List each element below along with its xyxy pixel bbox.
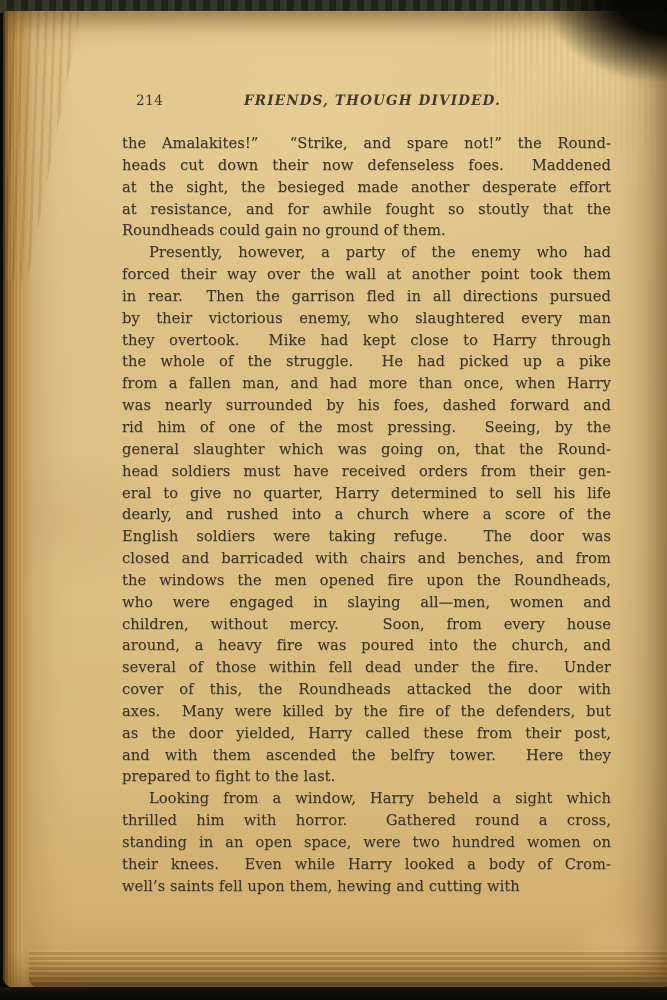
text-line: their knees. Even while Harry looked a b… <box>122 854 611 876</box>
text-line: head soldiers must have received orders … <box>122 461 611 483</box>
text-line: standing in an open space, were two hund… <box>122 832 611 854</box>
paragraph: the Amalakites!” “Strike, and spare not!… <box>122 133 611 242</box>
text-line: the whole of the struggle. He had picked… <box>122 351 611 373</box>
text-line: Looking from a window, Harry beheld a si… <box>122 788 611 810</box>
page-stack-bottom-edge <box>29 950 667 988</box>
text-line: prepared to fight to the last. <box>122 766 611 788</box>
text-line: at resistance, and for awhile fought so … <box>122 199 611 221</box>
text-line: at the sight, the besieged made another … <box>122 177 611 199</box>
text-line: eral to give no quarter, Harry determine… <box>122 483 611 505</box>
book-page: 214 FRIENDS, THOUGH DIVIDED. the Amalaki… <box>3 11 667 988</box>
text-line: was nearly surrounded by his foes, dashe… <box>122 395 611 417</box>
paragraph: Presently, however, a party of the enemy… <box>122 242 611 788</box>
page-stack-top-left-corner <box>5 11 79 281</box>
text-line: by their victorious enemy, who slaughter… <box>122 308 611 330</box>
text-line: children, without mercy. Soon, from ever… <box>122 614 611 636</box>
text-line: dearly, and rushed into a church where a… <box>122 504 611 526</box>
page-body-text: the Amalakites!” “Strike, and spare not!… <box>122 133 611 898</box>
text-line: heads cut down their now defenseless foe… <box>122 155 611 177</box>
text-line: from a fallen man, and had more than onc… <box>122 373 611 395</box>
text-line: the Amalakites!” “Strike, and spare not!… <box>122 133 611 155</box>
text-line: cover of this, the Roundheads attacked t… <box>122 679 611 701</box>
text-line: closed and barricaded with chairs and be… <box>122 548 611 570</box>
text-line: around, a heavy fire was poured into the… <box>122 635 611 657</box>
text-line: Presently, however, a party of the enemy… <box>122 242 611 264</box>
paragraph: Looking from a window, Harry beheld a si… <box>122 788 611 897</box>
text-line: and with them ascended the belfry tower.… <box>122 745 611 767</box>
text-line: several of those within fell dead under … <box>122 657 611 679</box>
text-line: well’s saints fell upon them, hewing and… <box>122 876 611 898</box>
text-line: English soldiers were taking refuge. The… <box>122 526 611 548</box>
book-scan: 214 FRIENDS, THOUGH DIVIDED. the Amalaki… <box>0 0 667 1000</box>
text-line: general slaughter which was going on, th… <box>122 439 611 461</box>
page-content: 214 FRIENDS, THOUGH DIVIDED. the Amalaki… <box>122 91 611 898</box>
text-line: the windows the men opened fire upon the… <box>122 570 611 592</box>
text-line: who were engaged in slaying all—men, wom… <box>122 592 611 614</box>
text-line: in rear. Then the garrison fled in all d… <box>122 286 611 308</box>
running-head: 214 FRIENDS, THOUGH DIVIDED. <box>122 91 611 111</box>
scan-background-bottom <box>0 987 667 1000</box>
running-title: FRIENDS, THOUGH DIVIDED. <box>128 91 617 111</box>
text-line: rid him of one of the most pressing. See… <box>122 417 611 439</box>
text-line: they overtook. Mike had kept close to Ha… <box>122 330 611 352</box>
text-line: as the door yielded, Harry called these … <box>122 723 611 745</box>
text-line: forced their way over the wall at anothe… <box>122 264 611 286</box>
text-line: Roundheads could gain no ground of them. <box>122 220 611 242</box>
text-line: thrilled him with horror. Gathered round… <box>122 810 611 832</box>
text-line: axes. Many were killed by the fire of th… <box>122 701 611 723</box>
